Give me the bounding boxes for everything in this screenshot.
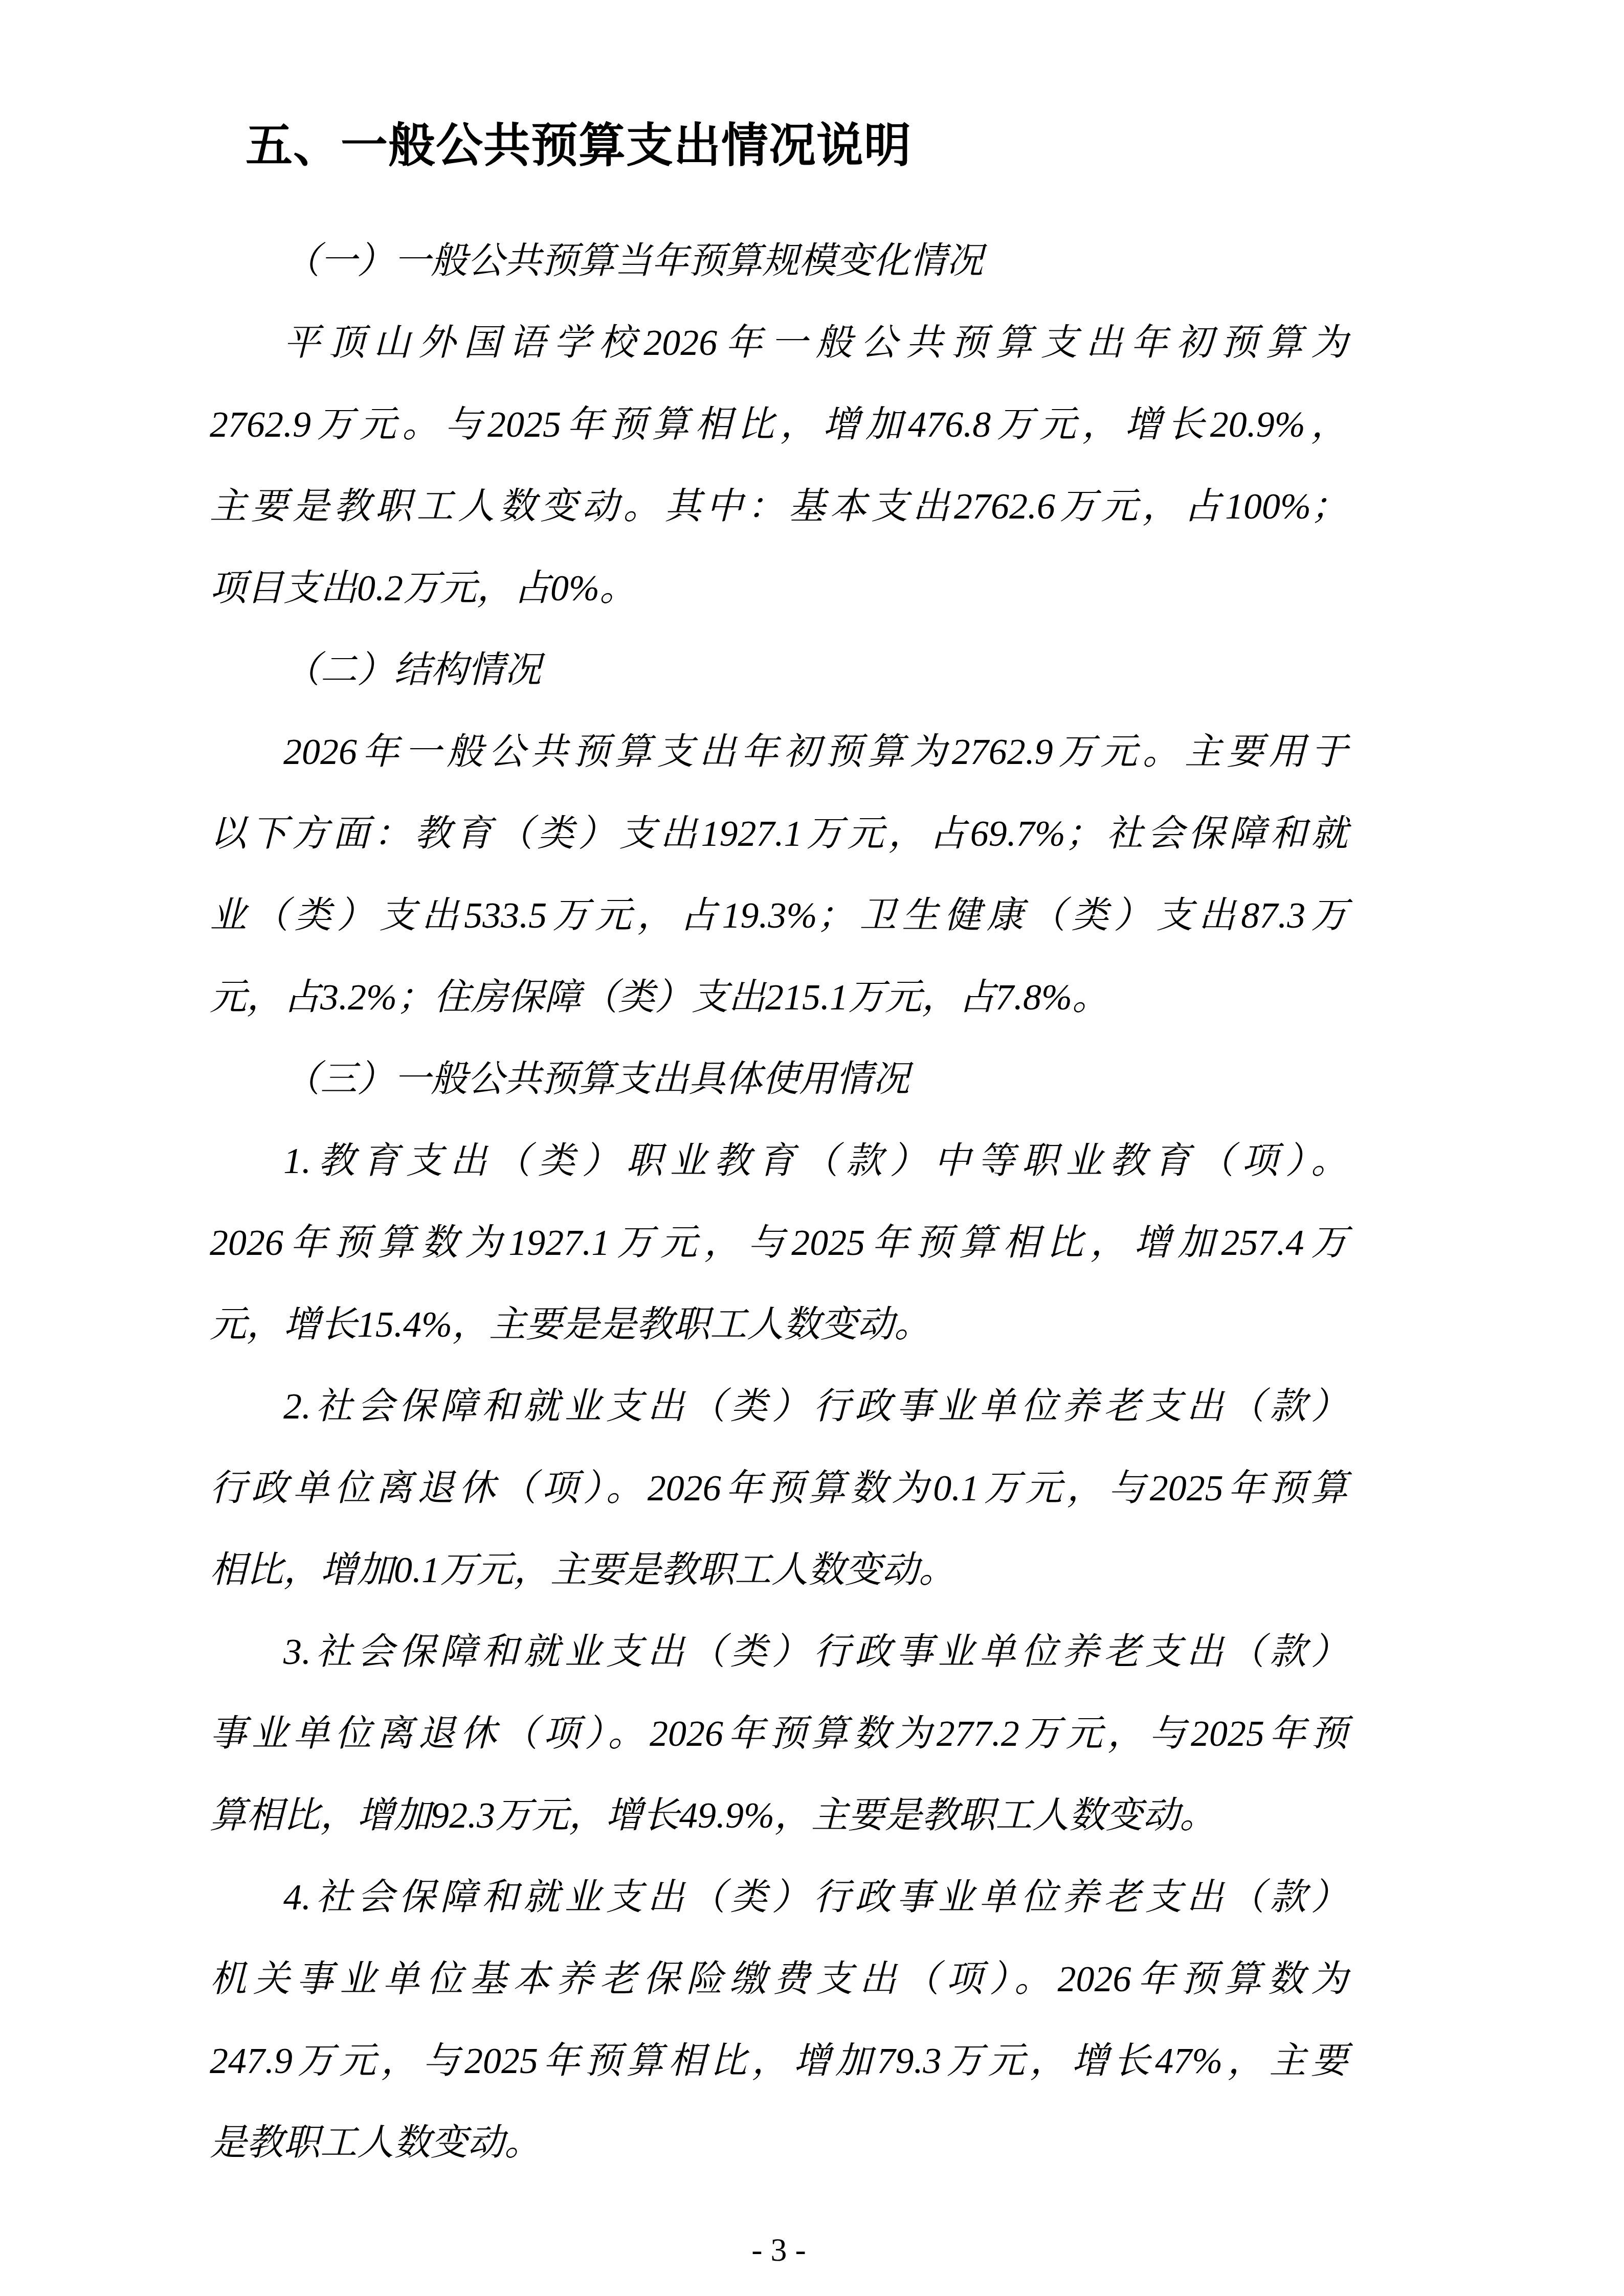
document-title: 五、一般公共预算支出情况说明 xyxy=(246,105,1348,187)
text-line: 1.教育支出（类）职业教育（款）中等职业教育（项）。 xyxy=(210,1120,1348,1202)
text-line: 是教职工人数变动。 xyxy=(210,2102,1348,2184)
text-line: 算相比，增加92.3万元，增长49.9%，主要是教职工人数变动。 xyxy=(210,1774,1348,1856)
para-item-3: 3.社会保障和就业支出（类）行政事业单位养老支出（款）事业单位离退休（项）。20… xyxy=(210,1611,1348,1856)
text-line: （三）一般公共预算支出具体使用情况 xyxy=(210,1038,1348,1120)
text-line: 相比，增加0.1万元，主要是教职工人数变动。 xyxy=(210,1529,1348,1611)
document-body: （一）一般公共预算当年预算规模变化情况平顶山外国语学校2026年一般公共预算支出… xyxy=(210,220,1348,2184)
text-line: 主要是教职工人数变动。其中：基本支出2762.6万元，占100%； xyxy=(210,465,1348,547)
text-line: 2762.9万元。与2025年预算相比，增加476.8万元，增长20.9%， xyxy=(210,384,1348,465)
text-line: 2026年预算数为1927.1万元，与2025年预算相比，增加257.4万 xyxy=(210,1202,1348,1284)
text-line: 业（类）支出533.5万元，占19.3%；卫生健康（类）支出87.3万 xyxy=(210,874,1348,956)
text-line: 以下方面：教育（类）支出1927.1万元，占69.7%；社会保障和就 xyxy=(210,793,1348,874)
text-line: 2026年一般公共预算支出年初预算为2762.9万元。主要用于 xyxy=(210,711,1348,793)
text-line: 2.社会保障和就业支出（类）行政事业单位养老支出（款） xyxy=(210,1365,1348,1447)
para-item-1: 1.教育支出（类）职业教育（款）中等职业教育（项）。2026年预算数为1927.… xyxy=(210,1120,1348,1365)
text-line: 3.社会保障和就业支出（类）行政事业单位养老支出（款） xyxy=(210,1611,1348,1693)
section-heading-3: （三）一般公共预算支出具体使用情况 xyxy=(210,1038,1348,1120)
text-line: 元，增长15.4%，主要是是教职工人数变动。 xyxy=(210,1284,1348,1365)
text-line: 平顶山外国语学校2026年一般公共预算支出年初预算为 xyxy=(210,302,1348,384)
text-line: 事业单位离退休（项）。2026年预算数为277.2万元，与2025年预 xyxy=(210,1693,1348,1774)
text-line: 机关事业单位基本养老保险缴费支出（项）。2026年预算数为 xyxy=(210,1938,1348,2020)
section-heading-1: （一）一般公共预算当年预算规模变化情况 xyxy=(210,220,1348,302)
para-structure: 2026年一般公共预算支出年初预算为2762.9万元。主要用于以下方面：教育（类… xyxy=(210,711,1348,1038)
para-item-2: 2.社会保障和就业支出（类）行政事业单位养老支出（款）行政单位离退休（项）。20… xyxy=(210,1365,1348,1611)
text-line: 行政单位离退休（项）。2026年预算数为0.1万元，与2025年预算 xyxy=(210,1447,1348,1529)
text-line: 4.社会保障和就业支出（类）行政事业单位养老支出（款） xyxy=(210,1856,1348,1938)
section-heading-2: （二）结构情况 xyxy=(210,629,1348,711)
page-number: - 3 - xyxy=(210,2209,1348,2291)
text-line: （二）结构情况 xyxy=(210,629,1348,711)
text-line: 247.9万元，与2025年预算相比，增加79.3万元，增长47%，主要 xyxy=(210,2020,1348,2102)
para-budget-scale: 平顶山外国语学校2026年一般公共预算支出年初预算为2762.9万元。与2025… xyxy=(210,302,1348,629)
text-line: 元，占3.2%；住房保障（类）支出215.1万元，占7.8%。 xyxy=(210,956,1348,1038)
document-page: 五、一般公共预算支出情况说明 （一）一般公共预算当年预算规模变化情况平顶山外国语… xyxy=(0,0,1624,2296)
text-line: 项目支出0.2万元，占0%。 xyxy=(210,547,1348,629)
para-item-4: 4.社会保障和就业支出（类）行政事业单位养老支出（款）机关事业单位基本养老保险缴… xyxy=(210,1856,1348,2184)
text-line: （一）一般公共预算当年预算规模变化情况 xyxy=(210,220,1348,302)
